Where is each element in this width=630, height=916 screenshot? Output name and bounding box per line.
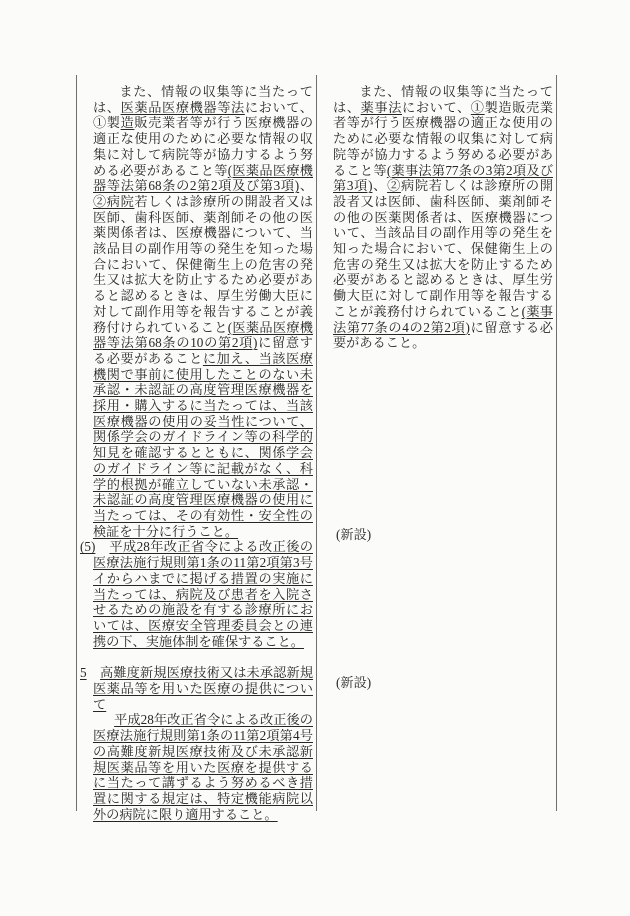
changed-text-run: 平成28年改正省令による改正後の医療法施行規則第1条の11第2項第3号イからハま…: [93, 539, 313, 648]
new-provision-label: (新設): [336, 527, 371, 543]
text-run: 若しくは診療所の開設者又は医師、歯科医師、薬剤師その他の医薬関係者は、医療機器に…: [93, 194, 313, 335]
table-border-left: [76, 75, 77, 811]
text-run: 、: [299, 178, 313, 193]
changed-text-run: (5): [80, 539, 95, 554]
new-provision-label: (新設): [336, 675, 371, 691]
changed-text-run: 5: [80, 665, 87, 680]
paragraph: 5 高難度新規医療技術又は未承認新規医薬品等を用いた医療の提供について: [80, 665, 313, 712]
changed-text-run: 高難度新規医療技術又は未承認新規医薬品等を用いた医療の提供について: [93, 665, 313, 711]
paragraph: また、情報の収集等に当たっては、医薬品医療機器等法において、①製造販売業者等が行…: [80, 84, 313, 539]
paragraph: (5) 平成28年改正省令による改正後の医療法施行規則第1条の11第2項第3号イ…: [80, 539, 313, 649]
changed-text-run: 造: [121, 115, 135, 130]
text-run: 、: [372, 178, 387, 193]
changed-text-run: ②: [387, 178, 401, 193]
changed-text-run: 医薬品医療機器等法: [121, 100, 245, 115]
changed-text-run: ①: [471, 100, 485, 115]
text-run: において、: [402, 100, 471, 115]
column-revised-text: また、情報の収集等に当たっては、医薬品医療機器等法において、①製造販売業者等が行…: [80, 84, 313, 822]
column-divider: [316, 75, 317, 811]
changed-text-run: 薬事法: [361, 100, 402, 115]
column-previous-text: また、情報の収集等に当たっては、薬事法において、①製造販売業者等が行う医療機器の…: [333, 84, 553, 351]
changed-text-run: 平成28年改正省令による改正後の医療法施行規則第1条の11第2項第4号の高難度新…: [93, 712, 313, 821]
comparison-document-page: また、情報の収集等に当たっては、医薬品医療機器等法において、①製造販売業者等が行…: [0, 0, 630, 916]
text-run: [87, 665, 100, 680]
changed-text-run: ②病院: [93, 194, 134, 209]
changed-text-run: に加え、当該医療機関で事前に使用したことのない未承認・未認証の高度管理医療機器を…: [93, 351, 313, 539]
text-run: 病院若しくは診療所の開設者又は医師、歯科医師、薬剤師その他の医薬関係者は、医療機…: [333, 178, 553, 319]
paragraph: 平成28年改正省令による改正後の医療法施行規則第1条の11第2項第4号の高難度新…: [80, 712, 313, 822]
text-run: [95, 539, 109, 554]
paragraph: また、情報の収集等に当たっては、薬事法において、①製造販売業者等が行う医療機器の…: [333, 84, 553, 351]
table-border-right: [556, 75, 557, 811]
